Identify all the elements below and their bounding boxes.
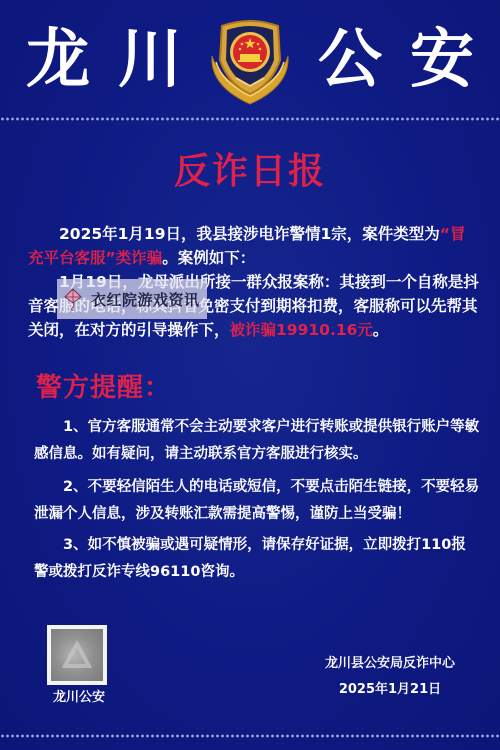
header-char: 龙 [26,22,90,98]
signature-org: 龙川县公安局反诈中心 [300,652,480,671]
header: 龙 川 公 安 [0,0,500,112]
header-char: 川 [118,22,182,98]
intro-text: 2025年1月19日，我县接涉电诈警情1宗，案件类型为 [59,225,440,243]
case-suffix: 。 [373,321,389,339]
intro-paragraph: 2025年1月19日，我县接涉电诈警情1宗，案件类型为“冒充平台客服”类诈骗。案… [28,222,480,270]
tip-item: 1、官方客服通常不会主动要求客户进行转账或提供银行账户等敏感信息。如有疑问，请主… [34,414,480,468]
divider [0,733,500,739]
watermark-text: 衣红院游戏资讯 [91,289,200,310]
signature-date: 2025年1月21日 [300,678,480,697]
header-char: 公 [318,22,382,98]
police-emblem-icon [202,16,298,106]
qr-label: 龙川公安 [44,686,114,705]
divider [0,116,500,122]
reminder-title: 警方提醒： [36,372,171,404]
qr-code[interactable] [47,625,107,685]
intro-suffix: 。案例如下： [162,249,255,267]
loss-amount-highlight: 被诈骗19910.16元 [230,321,373,339]
report-title: 反诈日报 [0,152,500,192]
qr-code-image [51,629,103,681]
tip-item: 2、不要轻信陌生人的电话或短信，不要点击陌生链接，不要轻易泄漏个人信息，涉及转账… [34,474,480,528]
kite-icon [61,287,85,311]
watermark-overlay: 衣红院游戏资讯 [57,279,207,319]
tip-item: 3、如不慎被骗或遇可疑情形，请保存好证据，立即拨打110报警或拨打反诈专线961… [34,532,480,586]
header-char: 安 [410,22,474,98]
